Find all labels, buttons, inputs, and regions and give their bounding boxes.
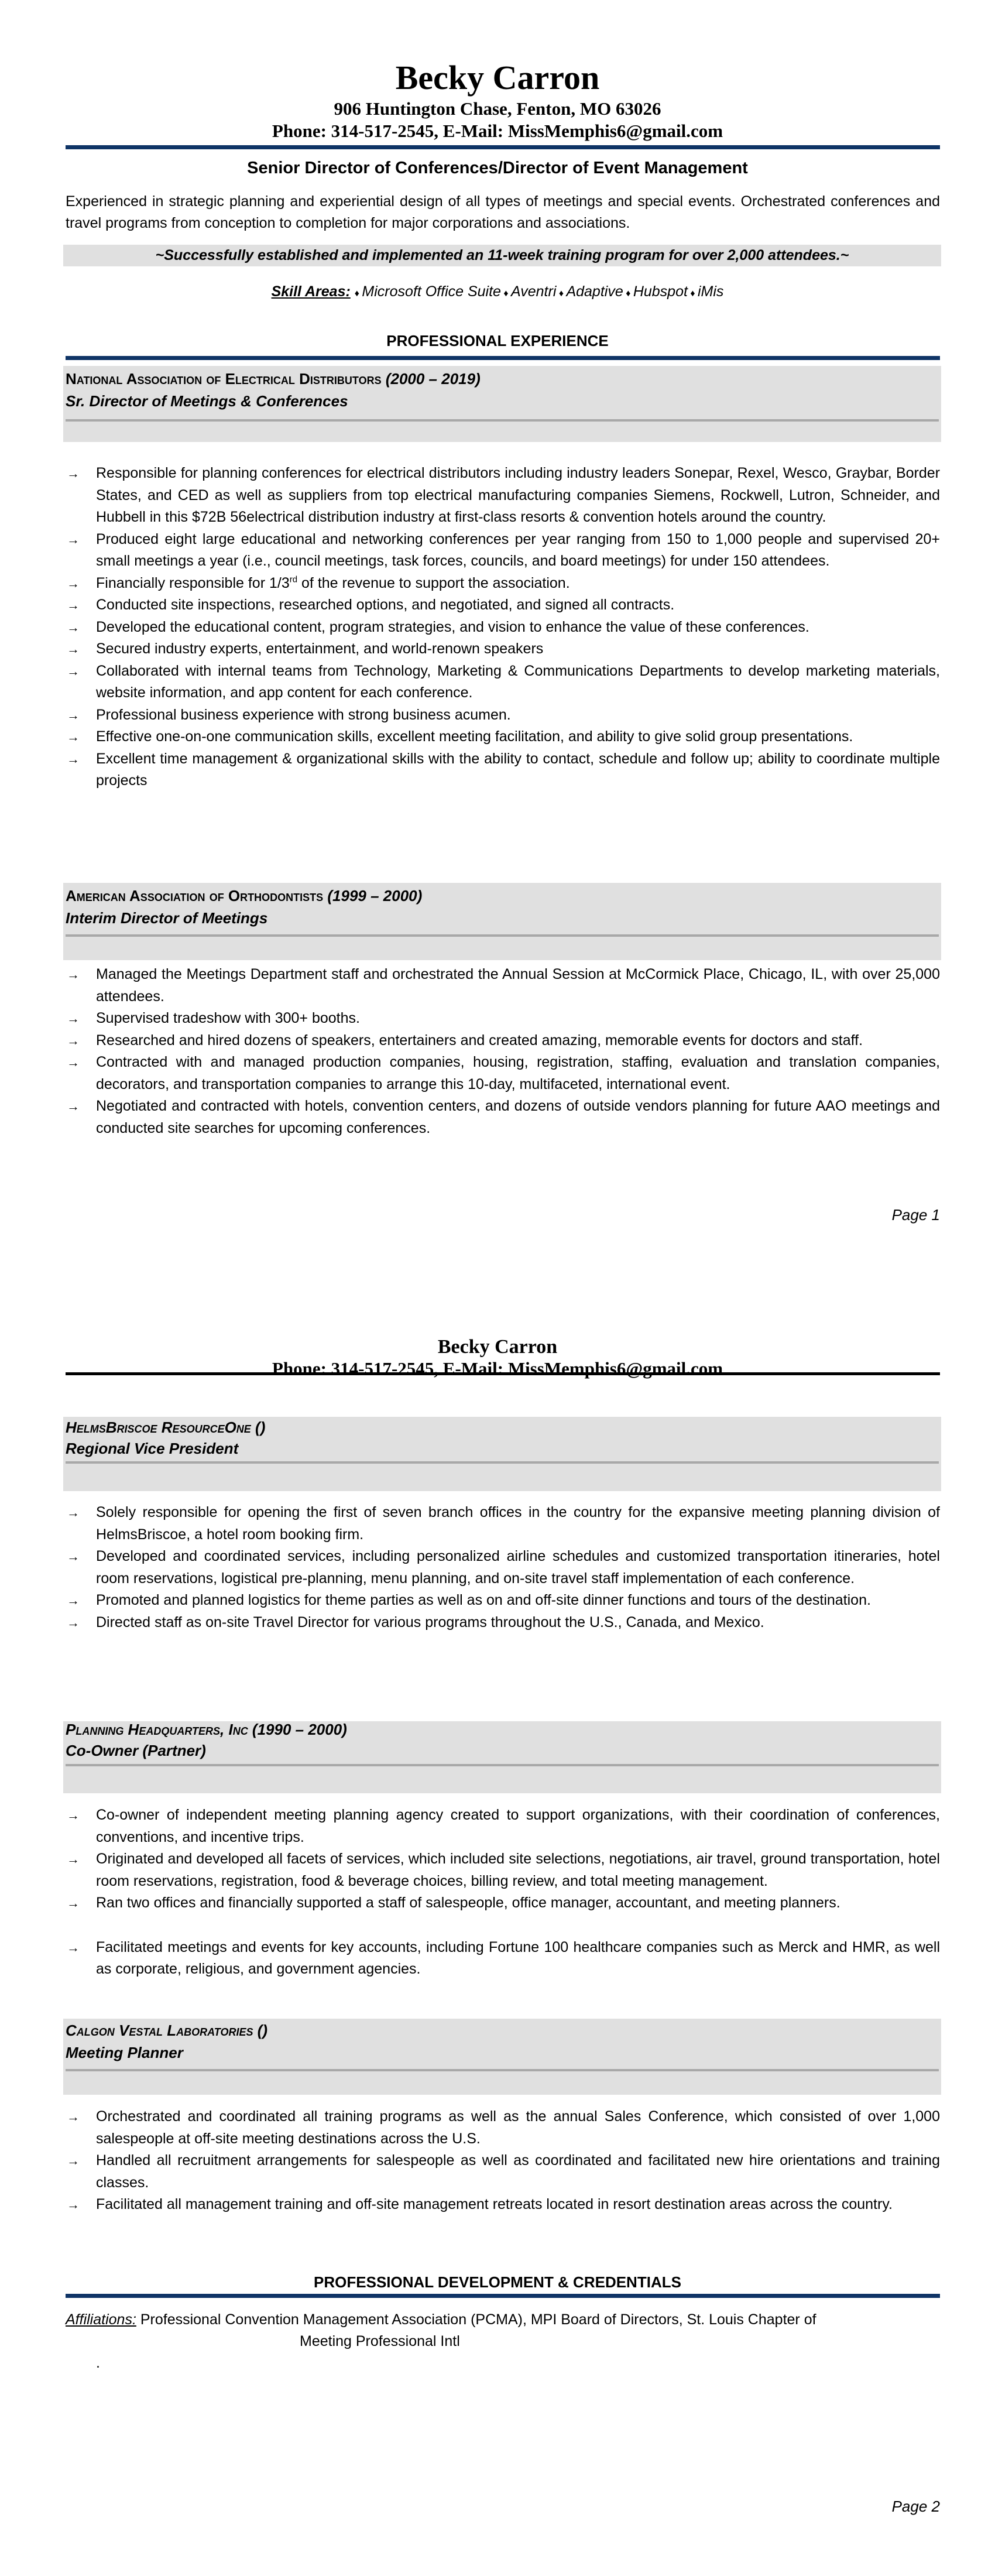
bullet-text: Professional business experience with st… <box>96 707 511 723</box>
list-item: →Developed and coordinated services, inc… <box>66 1546 940 1590</box>
bullet-text: Negotiated and contracted with hotels, c… <box>96 1098 940 1136</box>
list-item: →Promoted and planned logistics for them… <box>66 1590 940 1612</box>
list-item: →Developed the educational content, prog… <box>66 616 940 639</box>
arrow-right-icon: → <box>67 2150 80 2172</box>
arrow-right-icon: → <box>67 1612 80 1634</box>
page-number-2: Page 2 <box>892 2498 940 2515</box>
address: 906 Huntington Chase, Fenton, MO 63026 <box>0 98 995 119</box>
bullet-text: Produced eight large educational and net… <box>96 531 940 570</box>
arrow-right-icon: → <box>67 1590 80 1612</box>
list-item: →Produced eight large educational and ne… <box>66 529 940 573</box>
affiliations-text: Professional Convention Management Assoc… <box>140 2311 816 2328</box>
arrow-right-icon: → <box>67 704 80 727</box>
contact-line: Phone: 314-517-2545, E-Mail: MissMemphis… <box>0 121 995 142</box>
list-item: →Excellent time management & organizatio… <box>66 748 940 792</box>
job-bullets: →Orchestrated and coordinated all traini… <box>66 2106 940 2216</box>
diamond-bullet-icon: ♦ <box>556 289 566 299</box>
list-item: →Professional business experience with s… <box>66 704 940 727</box>
job-title: Regional Vice President <box>66 1439 238 1458</box>
bullet-text: Developed and coordinated services, incl… <box>96 1548 940 1587</box>
bullet-text: Secured industry experts, entertainment,… <box>96 640 543 657</box>
bullet-text: Originated and developed all facets of s… <box>96 1851 940 1889</box>
bullet-text: Researched and hired dozens of speakers,… <box>96 1032 863 1049</box>
job-org: Planning Headquarters, Inc (1990 – 2000) <box>66 1720 347 1739</box>
job-separator <box>66 2069 939 2071</box>
trailing-dot: . <box>96 2352 100 2374</box>
diamond-bullet-icon: ♦ <box>688 289 698 299</box>
arrow-right-icon: → <box>67 594 80 616</box>
bullet-text: Conducted site inspections, researched o… <box>96 597 674 613</box>
arrow-right-icon: → <box>67 463 80 485</box>
bullet-text: Facilitated all management training and … <box>96 2196 893 2212</box>
job-separator <box>66 419 939 422</box>
skill-item: Microsoft Office Suite <box>362 283 501 300</box>
job-header: National Association of Electrical Distr… <box>63 366 941 442</box>
arrow-right-icon: → <box>67 2106 80 2128</box>
bullet-text: Solely responsible for opening the first… <box>96 1504 940 1543</box>
job-header: Calgon Vestal Laboratories () Meeting Pl… <box>63 2019 941 2095</box>
job-org: Calgon Vestal Laboratories () <box>66 2021 267 2040</box>
list-item: →Supervised tradeshow with 300+ booths. <box>66 1008 940 1030</box>
bullet-text: Supervised tradeshow with 300+ booths. <box>96 1010 360 1026</box>
diamond-bullet-icon: ♦ <box>355 289 362 299</box>
affiliations-continuation: Meeting Professional Intl <box>300 2331 460 2352</box>
list-item: →Co-owner of independent meeting plannin… <box>66 1804 940 1848</box>
arrow-right-icon: → <box>67 529 80 551</box>
job-bullets: →Managed the Meetings Department staff a… <box>66 964 940 1139</box>
job-title: Interim Director of Meetings <box>66 909 267 927</box>
diamond-bullet-icon: ♦ <box>501 289 511 299</box>
arrow-right-icon: → <box>67 1804 80 1827</box>
arrow-right-icon: → <box>67 1095 80 1118</box>
bullet-text: Financially responsible for 1/3rd of the… <box>96 575 570 591</box>
arrow-right-icon: → <box>67 1030 80 1052</box>
experience-title: PROFESSIONAL EXPERIENCE <box>0 331 995 350</box>
list-item: →Directed staff as on-site Travel Direct… <box>66 1612 940 1634</box>
job-org: National Association of Electrical Distr… <box>66 369 481 388</box>
arrow-right-icon: → <box>67 616 80 639</box>
skill-item: iMis <box>698 283 723 300</box>
list-item: →Conducted site inspections, researched … <box>66 594 940 616</box>
arrow-right-icon: → <box>67 1502 80 1524</box>
job-title: Sr. Director of Meetings & Conferences <box>66 392 348 410</box>
highlight-banner: ~Successfully established and implemente… <box>63 245 941 266</box>
bullet-text: Directed staff as on-site Travel Directo… <box>96 1614 764 1630</box>
list-item: →Facilitated meetings and events for key… <box>66 1937 940 1981</box>
bullet-text: Effective one-on-one communication skill… <box>96 728 853 745</box>
list-item: →Ran two offices and financially support… <box>66 1892 940 1914</box>
bullet-text: Promoted and planned logistics for theme… <box>96 1592 871 1608</box>
bullet-text: Excellent time management & organization… <box>96 751 940 789</box>
arrow-right-icon: → <box>67 2194 80 2216</box>
list-item: →Financially responsible for 1/3rd of th… <box>66 573 940 595</box>
job-header: HelmsBriscoe ResourceOne () Regional Vic… <box>63 1417 941 1491</box>
affiliations-label: Affiliations: <box>66 2311 136 2328</box>
job-separator <box>66 934 939 937</box>
summary: Experienced in strategic planning and ex… <box>66 191 940 234</box>
list-item: →Secured industry experts, entertainment… <box>66 638 940 660</box>
arrow-right-icon: → <box>67 660 80 683</box>
development-title: PROFESSIONAL DEVELOPMENT & CREDENTIALS <box>0 2273 995 2291</box>
list-item: →Responsible for planning conferences fo… <box>66 463 940 529</box>
job-title: Co-Owner (Partner) <box>66 1741 206 1760</box>
job-separator <box>66 1461 939 1464</box>
arrow-right-icon: → <box>67 748 80 770</box>
skill-list: ♦ Microsoft Office Suite ♦ Aventri ♦ Ada… <box>355 283 724 300</box>
list-item: →Collaborated with internal teams from T… <box>66 660 940 704</box>
list-item: →Managed the Meetings Department staff a… <box>66 964 940 1008</box>
page2-header-rule <box>66 1372 940 1375</box>
header-rule <box>66 145 940 149</box>
arrow-right-icon: → <box>67 726 80 748</box>
bullet-text: Managed the Meetings Department staff an… <box>96 966 940 1005</box>
skill-areas: Skill Areas: ♦ Microsoft Office Suite ♦ … <box>0 282 995 303</box>
job-title: Meeting Planner <box>66 2043 183 2062</box>
headline: Senior Director of Conferences/Director … <box>0 158 995 178</box>
arrow-right-icon: → <box>67 1848 80 1871</box>
arrow-right-icon: → <box>67 1051 80 1074</box>
arrow-right-icon: → <box>67 1892 80 1914</box>
list-item: →Orchestrated and coordinated all traini… <box>66 2106 940 2150</box>
arrow-right-icon: → <box>67 1546 80 1568</box>
job-header: Planning Headquarters, Inc (1990 – 2000)… <box>63 1721 941 1793</box>
bullet-text: Developed the educational content, progr… <box>96 619 809 635</box>
experience-rule <box>66 356 940 360</box>
diamond-bullet-icon: ♦ <box>623 289 633 299</box>
list-item: →Contracted with and managed production … <box>66 1051 940 1095</box>
candidate-name: Becky Carron <box>0 59 995 97</box>
job-separator <box>66 1764 939 1766</box>
candidate-name-page2: Becky Carron <box>0 1336 995 1358</box>
development-rule <box>66 2294 940 2298</box>
contact-line-page2: Phone: 314-517-2545, E-Mail: MissMemphis… <box>0 1358 995 1379</box>
list-item: →Facilitated all management training and… <box>66 2194 940 2216</box>
job-bullets: →Responsible for planning conferences fo… <box>66 463 940 792</box>
bullet-text: Responsible for planning conferences for… <box>96 465 940 525</box>
job-header: American Association of Orthodontists (1… <box>63 883 941 960</box>
arrow-right-icon: → <box>67 1008 80 1030</box>
skill-item: Adaptive <box>566 283 623 300</box>
job-bullets: →Solely responsible for opening the firs… <box>66 1502 940 1633</box>
bullet-text: Contracted with and managed production c… <box>96 1054 940 1092</box>
list-item: →Originated and developed all facets of … <box>66 1848 940 1892</box>
affiliations: Affiliations: Professional Convention Ma… <box>66 2309 940 2331</box>
arrow-right-icon: → <box>67 638 80 660</box>
list-item: →Researched and hired dozens of speakers… <box>66 1030 940 1052</box>
list-item: →Handled all recruitment arrangements fo… <box>66 2150 940 2194</box>
job-org: HelmsBriscoe ResourceOne () <box>66 1418 265 1437</box>
bullet-text: Co-owner of independent meeting planning… <box>96 1807 940 1845</box>
skill-item: Hubspot <box>633 283 688 300</box>
bullet-text: Facilitated meetings and events for key … <box>96 1939 940 1978</box>
bullet-text: Handled all recruitment arrangements for… <box>96 2152 940 2191</box>
list-item: →Solely responsible for opening the firs… <box>66 1502 940 1546</box>
skill-areas-label: Skill Areas: <box>272 283 351 300</box>
bullet-text: Ran two offices and financially supporte… <box>96 1895 840 1911</box>
arrow-right-icon: → <box>67 573 80 595</box>
arrow-right-icon: → <box>67 1937 80 1959</box>
skill-item: Aventri <box>511 283 556 300</box>
bullet-text: Orchestrated and coordinated all trainin… <box>96 2108 940 2147</box>
list-item: →Effective one-on-one communication skil… <box>66 726 940 748</box>
page-number: Page 1 <box>892 1206 940 1224</box>
bullet-text: Collaborated with internal teams from Te… <box>96 663 940 701</box>
job-bullets: →Co-owner of independent meeting plannin… <box>66 1804 940 1981</box>
arrow-right-icon: → <box>67 964 80 986</box>
list-item: →Negotiated and contracted with hotels, … <box>66 1095 940 1139</box>
job-org: American Association of Orthodontists (1… <box>66 886 422 905</box>
